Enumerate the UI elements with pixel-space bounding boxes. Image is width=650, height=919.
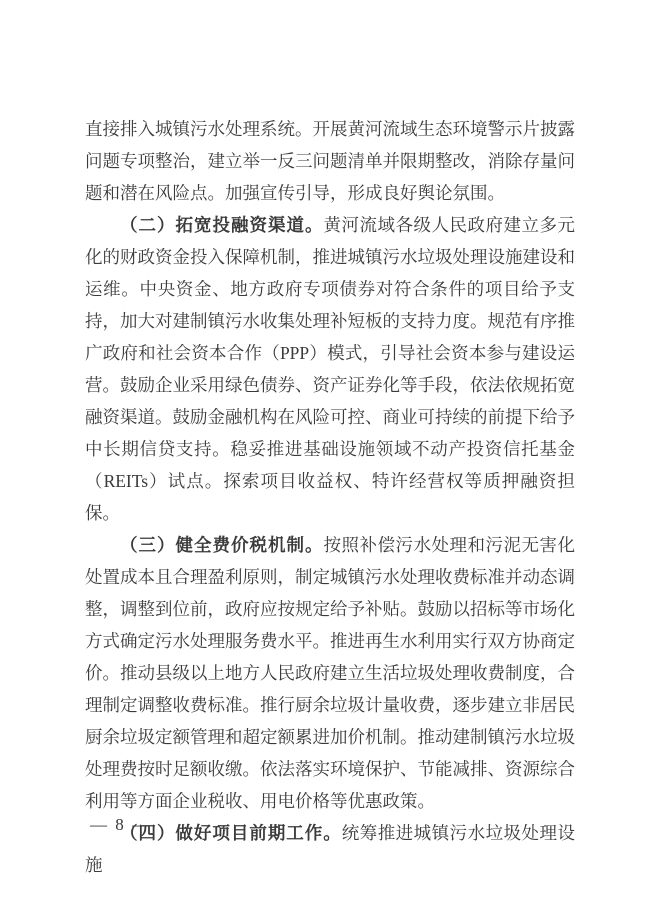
paragraph-heading: （四）做好项目前期工作。 [120,823,342,843]
paragraph: （三）健全费价税机制。按照补偿污水处理和污泥无害化处置成本且合理盈利原则，制定城… [85,529,575,817]
page-number: — 8 — [90,812,151,838]
paragraph-text: 直接排入城镇污水处理系统。开展黄河流域生态环境警示片披露问题专项整治，建立举一反… [85,119,575,203]
paragraph-text: 黄河流域各级人民政府建立多元化的财政资金投入保障机制，推进城镇污水垃圾处理设施建… [85,215,575,523]
document-page: 直接排入城镇污水处理系统。开展黄河流域生态环境警示片披露问题专项整治，建立举一反… [0,0,650,919]
paragraph: 直接排入城镇污水处理系统。开展黄河流域生态环境警示片披露问题专项整治，建立举一反… [85,113,575,209]
paragraph-heading: （二）拓宽投融资渠道。 [120,215,324,235]
paragraph-text: 按照补偿污水处理和污泥无害化处置成本且合理盈利原则，制定城镇污水处理收费标准并动… [85,535,575,811]
document-body: 直接排入城镇污水处理系统。开展黄河流域生态环境警示片披露问题专项整治，建立举一反… [85,113,575,881]
paragraph: （四）做好项目前期工作。统筹推进城镇污水垃圾处理设施 [85,817,575,881]
paragraph: （二）拓宽投融资渠道。黄河流域各级人民政府建立多元化的财政资金投入保障机制，推进… [85,209,575,529]
paragraph-heading: （三）健全费价税机制。 [120,535,324,555]
